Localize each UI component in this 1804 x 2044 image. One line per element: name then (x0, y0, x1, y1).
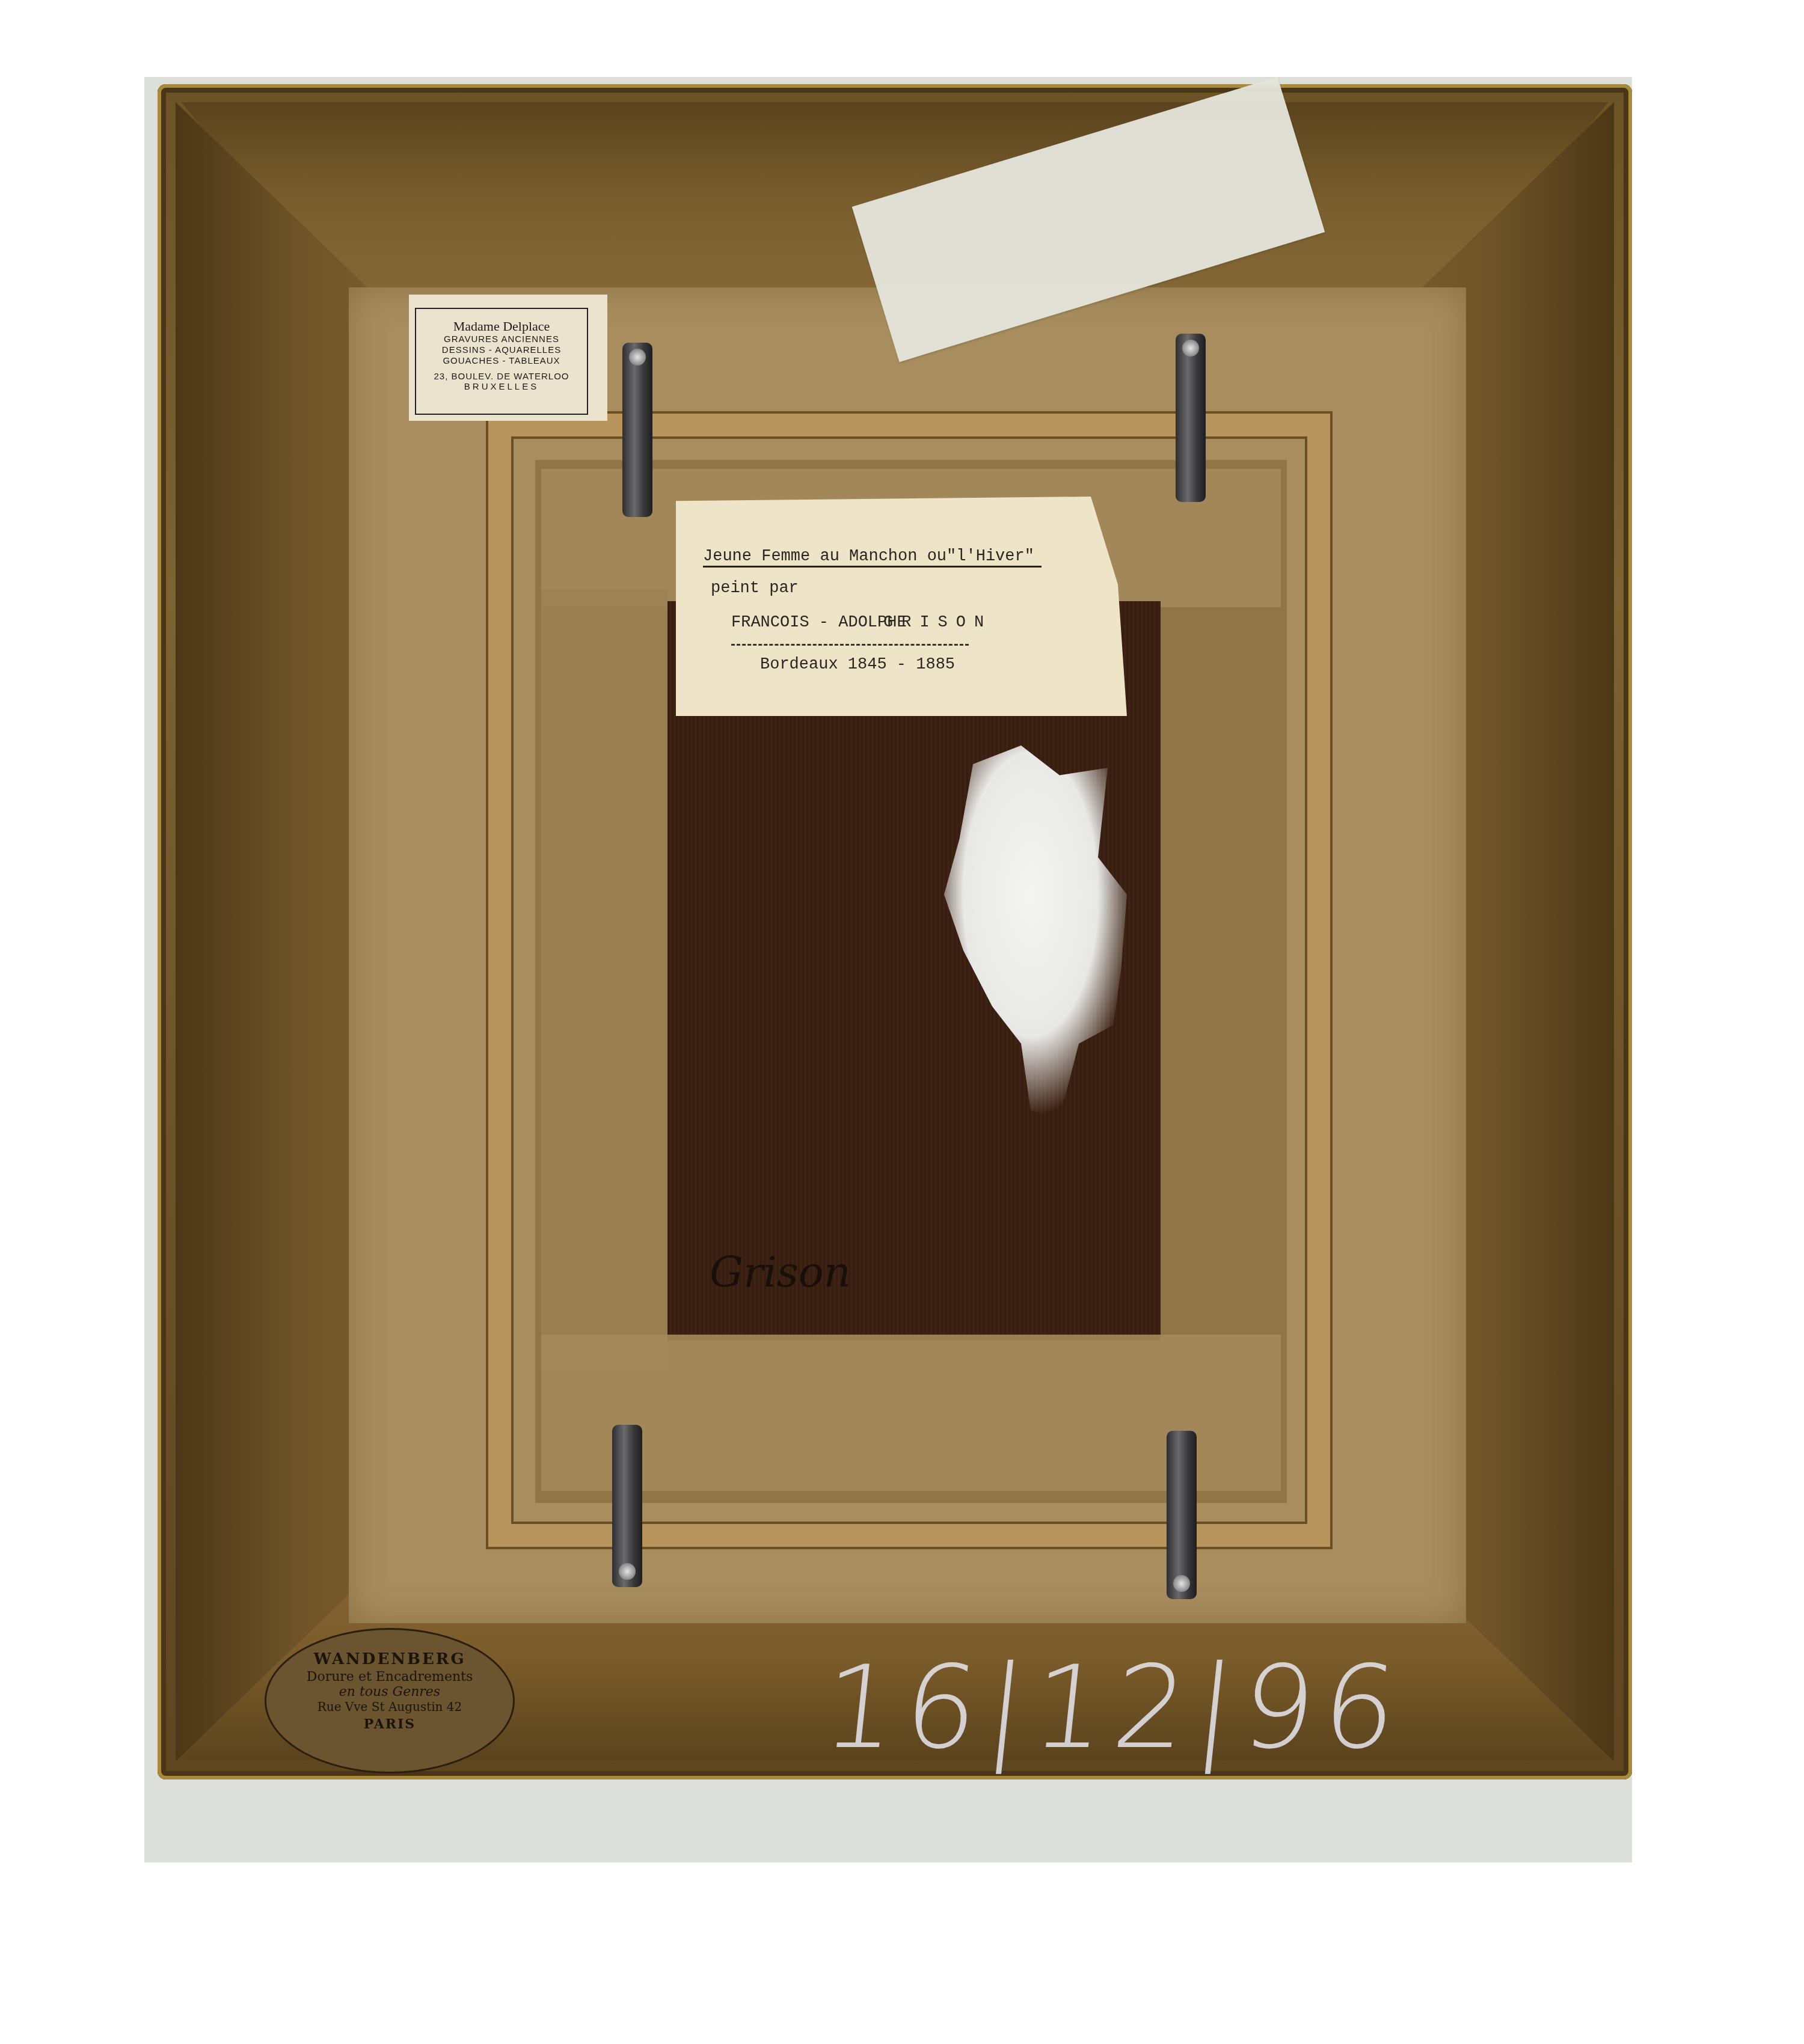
dealer-address: 23, BOULEV. DE WATERLOO (416, 372, 587, 382)
dealer-line: GOUACHES - TABLEAUX (416, 356, 587, 367)
dashed-rule (731, 644, 969, 646)
mounting-bracket (622, 343, 652, 517)
screw-icon (1173, 1575, 1190, 1592)
dealer-label-border: Madame Delplace GRAVURES ANCIENNES DESSI… (415, 308, 588, 415)
framer-name: WANDENBERG (266, 1650, 513, 1668)
origin-dates: Bordeaux 1845 - 1885 (760, 656, 955, 674)
title-label: Jeune Femme au Manchon ou"l'Hiver" peint… (676, 497, 1127, 716)
dealer-name: Madame Delplace (416, 319, 587, 334)
artist-last-name: GRISON (883, 614, 992, 632)
framer-line: Dorure et Encadrements (266, 1669, 513, 1684)
panel-signature: Grison (710, 1247, 851, 1297)
dealer-city: BRUXELLES (416, 382, 587, 392)
framer-stamp: WANDENBERG Dorure et Encadrements en tou… (265, 1628, 515, 1773)
screw-icon (619, 1563, 636, 1580)
painting-title: Jeune Femme au Manchon ou"l'Hiver" (703, 548, 1042, 568)
dealer-line: DESSINS - AQUARELLES (416, 345, 587, 356)
framer-address: Rue Vve St Augustin 42 (266, 1700, 513, 1714)
mounting-bracket (612, 1425, 642, 1587)
framer-line: en tous Genres (266, 1684, 513, 1700)
mounting-bracket (1176, 334, 1206, 502)
dealer-label: Madame Delplace GRAVURES ANCIENNES DESSI… (409, 295, 607, 421)
dealer-line: GRAVURES ANCIENNES (416, 334, 587, 345)
chalk-inscription: 16|12|96 (817, 1641, 1411, 1774)
painted-by: peint par (711, 580, 799, 598)
screw-icon (1182, 340, 1199, 356)
artist-first-name: FRANCOIS - ADOLPHE (731, 614, 907, 632)
framer-city: PARIS (266, 1716, 513, 1732)
screw-icon (629, 349, 646, 366)
mounting-bracket (1167, 1431, 1197, 1599)
